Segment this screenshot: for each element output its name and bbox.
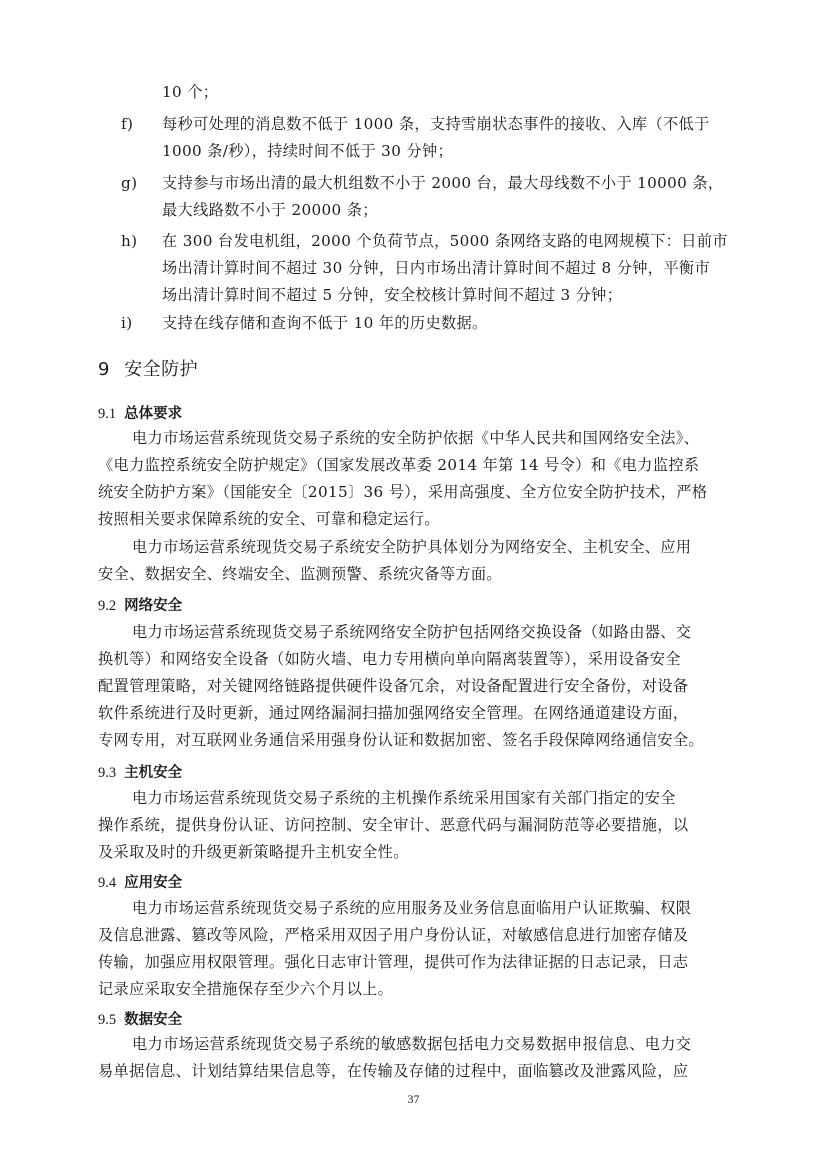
paragraph-line: 传输，加强应用权限管理。强化日志审计管理，提供可作为法律证据的日志记录，日志 xyxy=(98,952,688,972)
section-title: 数据安全 xyxy=(124,1012,182,1028)
chapter-number: 9 xyxy=(98,359,110,380)
chapter-title: 安全防护 xyxy=(124,359,198,380)
section-heading-9-3: 9.3主机安全 xyxy=(98,761,182,782)
section-heading-9-1: 9.1总体要求 xyxy=(98,402,182,423)
section-title: 网络安全 xyxy=(124,598,182,614)
list-item-h-line-2: 场出清计算时间不超过 30 分钟，日内市场出清计算时间不超过 8 分钟，平衡市 xyxy=(162,258,710,278)
list-item-h-line-3: 场出清计算时间不超过 5 分钟，安全校核计算时间不超过 3 分钟； xyxy=(162,285,622,305)
section-number: 9.4 xyxy=(98,875,116,891)
paragraph-line: 配置管理策略，对关键网络链路提供硬件设备冗余，对设备配置进行安全备份，对设备 xyxy=(98,676,688,696)
section-title: 主机安全 xyxy=(124,765,182,781)
page-number: 37 xyxy=(0,1092,827,1107)
section-number: 9.5 xyxy=(98,1012,116,1028)
section-heading-9-5: 9.5数据安全 xyxy=(98,1008,182,1029)
paragraph-line: 电力市场运营系统现货交易子系统安全防护具体划分为网络安全、主机安全、应用 xyxy=(132,537,691,557)
list-item-f-line-2: 1000 条/秒），持续时间不低于 30 分钟； xyxy=(162,141,453,161)
paragraph-line: 安全、数据安全、终端安全、监测预警、系统灾备等方面。 xyxy=(98,564,502,584)
list-label-h: h) xyxy=(121,231,137,251)
document-page: 10 个； f) 每秒可处理的消息数不低于 1000 条，支持雪崩状态事件的接收… xyxy=(0,0,827,1169)
section-title: 总体要求 xyxy=(124,406,182,422)
paragraph-line: 操作系统，提供身份认证、访问控制、安全审计、恶意代码与漏洞防范等必要措施，以 xyxy=(98,815,688,835)
list-label-g: g) xyxy=(121,173,137,193)
list-item-i-line-1: 支持在线存储和查询不低于 10 年的历史数据。 xyxy=(162,313,488,333)
section-number: 9.3 xyxy=(98,765,116,781)
paragraph-line: 记录应采取安全措施保存至少六个月以上。 xyxy=(98,979,393,999)
section-number: 9.2 xyxy=(98,598,116,614)
section-heading-9-4: 9.4应用安全 xyxy=(98,871,182,892)
list-item-h-line-1: 在 300 台发电机组，2000 个负荷节点，5000 条网络支路的电网规模下：… xyxy=(162,231,728,251)
paragraph-line: 电力市场运营系统现货交易子系统的主机操作系统采用国家有关部门指定的安全 xyxy=(132,788,676,808)
list-label-i: i) xyxy=(121,313,132,333)
paragraph-line: 换机等）和网络安全设备（如防火墙、电力专用横向单向隔离装置等），采用设备安全 xyxy=(98,649,681,669)
list-continuation: 10 个； xyxy=(162,82,218,102)
paragraph-line: 专网专用，对互联网业务通信采用强身份认证和数据加密、签名手段保障网络通信安全。 xyxy=(98,730,704,750)
paragraph-line: 电力市场运营系统现货交易子系统的安全防护依据《中华人民共和国网络安全法》、 xyxy=(132,428,699,448)
section-heading-9-2: 9.2网络安全 xyxy=(98,594,182,615)
paragraph-line: 统安全防护方案》（国能安全〔2015〕36 号），采用高强度、全方位安全防护技术… xyxy=(98,482,707,502)
chapter-heading: 9 安全防护 xyxy=(98,355,198,381)
paragraph-line: 《电力监控系统安全防护规定》（国家发展改革委 2014 年第 14 号令）和《电… xyxy=(98,455,699,475)
paragraph-line: 及信息泄露、篡改等风险，严格采用双因子用户身份认证，对敏感信息进行加密存储及 xyxy=(98,925,688,945)
list-label-f: f) xyxy=(121,114,133,134)
list-item-g-line-2: 最大线路数不小于 20000 条； xyxy=(162,200,378,220)
paragraph-line: 电力市场运营系统现货交易子系统的应用服务及业务信息面临用户认证欺骗、权限 xyxy=(132,898,691,918)
section-title: 应用安全 xyxy=(124,875,182,891)
paragraph-line: 按照相关要求保障系统的安全、可靠和稳定运行。 xyxy=(98,509,440,529)
list-item-g-line-1: 支持参与市场出清的最大机组数不小于 2000 台，最大母线数不小于 10000 … xyxy=(162,173,723,193)
paragraph-line: 电力市场运营系统现货交易子系统网络安全防护包括网络交换设备（如路由器、交 xyxy=(132,622,691,642)
list-item-f-line-1: 每秒可处理的消息数不低于 1000 条，支持雪崩状态事件的接收、入库（不低于 xyxy=(162,114,710,134)
paragraph-line: 易单据信息、计划结算结果信息等，在传输及存储的过程中，面临篡改及泄露风险，应 xyxy=(98,1061,688,1081)
paragraph-line: 及采取及时的升级更新策略提升主机安全性。 xyxy=(98,842,409,862)
paragraph-line: 软件系统进行及时更新，通过网络漏洞扫描加强网络安全管理。在网络通道建设方面， xyxy=(98,703,688,723)
section-number: 9.1 xyxy=(98,406,116,422)
paragraph-line: 电力市场运营系统现货交易子系统的敏感数据包括电力交易数据申报信息、电力交 xyxy=(132,1034,691,1054)
